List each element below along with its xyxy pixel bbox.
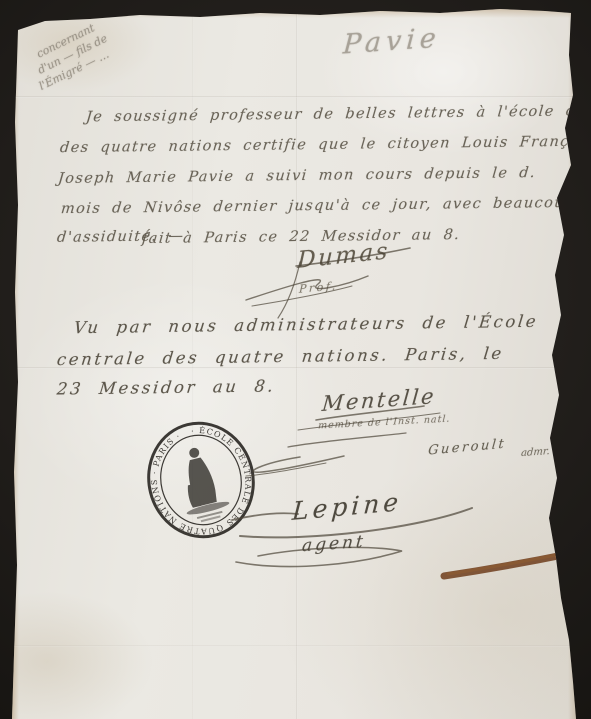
photo-background: concernant d'un — fils de l'Émigré — … P… — [0, 0, 591, 719]
brown-ink-smear — [444, 548, 591, 576]
ink-flourishes — [0, 0, 591, 719]
agent-flourish — [236, 547, 402, 566]
lepine-flourish — [232, 513, 298, 520]
document-content: concernant d'un — fils de l'Émigré — … P… — [0, 0, 591, 719]
mentelle-flourish — [316, 406, 424, 420]
dumas-flourish — [296, 248, 410, 266]
